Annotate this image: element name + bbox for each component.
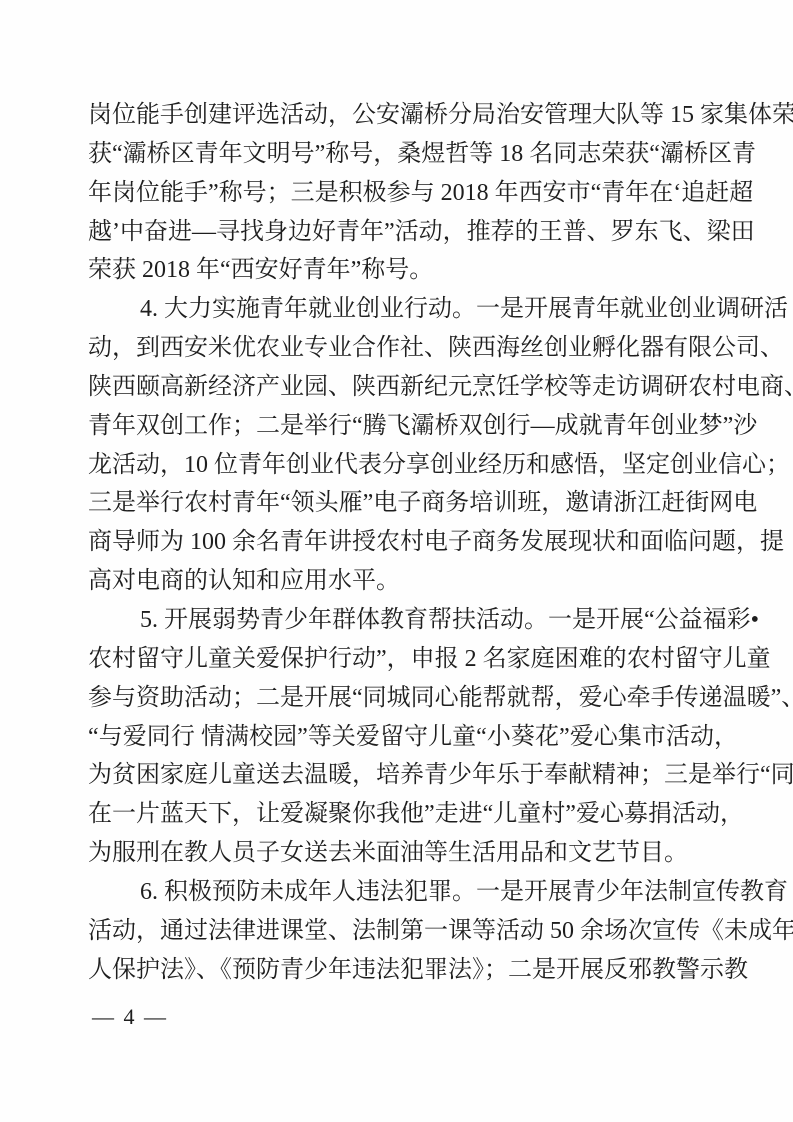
text-line: 为贫困家庭儿童送去温暖，培养青少年乐于奉献精神；三是举行“同 [88, 756, 738, 795]
text-line: 商导师为 100 余名青年讲授农村电子商务发展现状和面临问题，提 [88, 523, 738, 562]
text-line: 青年双创工作；二是举行“腾飞灞桥双创行—成就青年创业梦”沙 [88, 407, 738, 446]
text-line: 4. 大力实施青年就业创业行动。一是开展青年就业创业调研活 [88, 290, 738, 329]
text-line: 参与资助活动；二是开展“同城同心能帮就帮，爱心牵手传递温暖”、 [88, 679, 738, 718]
text-line: 动，到西安米优农业专业合作社、陕西海丝创业孵化器有限公司、 [88, 329, 738, 368]
text-line: 龙活动，10 位青年创业代表分享创业经历和感悟，坚定创业信心； [88, 446, 738, 485]
text-line: 三是举行农村青年“领头雁”电子商务培训班，邀请浙江赶街网电 [88, 484, 738, 523]
text-line: 农村留守儿童关爱保护行动”，申报 2 名家庭困难的农村留守儿童 [88, 640, 738, 679]
text-line: 年岗位能手”称号；三是积极参与 2018 年西安市“青年在‘追赶超 [88, 174, 738, 213]
text-line: “与爱同行 情满校园”等关爱留守儿童“小葵花”爱心集市活动， [88, 718, 738, 757]
text-line: 5. 开展弱势青少年群体教育帮扶活动。一是开展“公益福彩• [88, 601, 738, 640]
text-line: 获“灞桥区青年文明号”称号，桑煜哲等 18 名同志荣获“灞桥区青 [88, 135, 738, 174]
page-number: — 4 — [92, 1002, 168, 1032]
text-line: 高对电商的认知和应用水平。 [88, 562, 738, 601]
text-line: 岗位能手创建评选活动，公安灞桥分局治安管理大队等 15 家集体荣 [88, 96, 738, 135]
document-page: 岗位能手创建评选活动，公安灞桥分局治安管理大队等 15 家集体荣获“灞桥区青年文… [0, 0, 793, 1122]
text-line: 越’中奋进—寻找身边好青年”活动，推荐的王普、罗东飞、梁田 [88, 213, 738, 252]
text-line: 荣获 2018 年“西安好青年”称号。 [88, 251, 738, 290]
text-line: 人保护法》、《预防青少年违法犯罪法》；二是开展反邪教警示教 [88, 951, 738, 990]
text-line: 陕西颐高新经济产业园、陕西新纪元烹饪学校等走访调研农村电商、 [88, 368, 738, 407]
text-line: 活动，通过法律进课堂、法制第一课等活动 50 余场次宣传《未成年 [88, 912, 738, 951]
text-line: 为服刑在教人员子女送去米面油等生活用品和文艺节目。 [88, 834, 738, 873]
text-line: 6. 积极预防未成年人违法犯罪。一是开展青少年法制宣传教育 [88, 873, 738, 912]
text-line: 在一片蓝天下，让爱凝聚你我他”走进“儿童村”爱心募捐活动， [88, 795, 738, 834]
document-body: 岗位能手创建评选活动，公安灞桥分局治安管理大队等 15 家集体荣获“灞桥区青年文… [88, 96, 738, 989]
